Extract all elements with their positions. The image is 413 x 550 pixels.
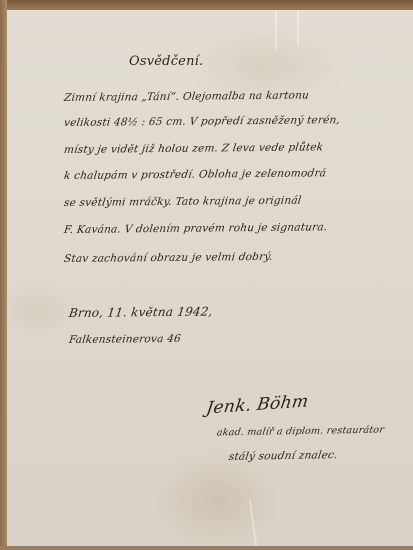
frame-left-edge [0, 0, 7, 550]
paper-crease [275, 10, 277, 50]
paper-crease [249, 500, 257, 546]
body-line: Stav zachování obrazu je velmi dobrý. [63, 251, 273, 265]
body-line: velikosti 48½ : 65 cm. V popředí zasněže… [63, 114, 341, 129]
body-line: F. Kavána. V dolením pravém rohu je sign… [63, 221, 328, 236]
body-line: Zimní krajina „Tání“. Olejomalba na kart… [63, 89, 310, 104]
body-line: se světlými mráčky. Tato krajina je orig… [63, 195, 302, 209]
frame-top-edge [0, 0, 413, 10]
address: Falkensteinerova 46 [68, 333, 181, 346]
document-title: Osvědčení. [129, 54, 203, 69]
body-line: k chalupám v prostředí. Obloha je zeleno… [63, 167, 327, 182]
paper-crease [297, 10, 299, 45]
signature: Jenk. Böhm [205, 392, 310, 419]
signature-title: akad. malíř a diplom. restaurátor [216, 425, 385, 439]
paper-sheet: Osvědčení. Zimní krajina „Tání“. Olejoma… [7, 10, 413, 546]
frame-bottom-edge [0, 546, 413, 550]
body-line: místy je vidět již holou zem. Z leva ved… [63, 141, 324, 156]
signature-title: stálý soudní znalec. [228, 449, 339, 463]
place-date: Brno, 11. května 1942, [68, 304, 213, 320]
